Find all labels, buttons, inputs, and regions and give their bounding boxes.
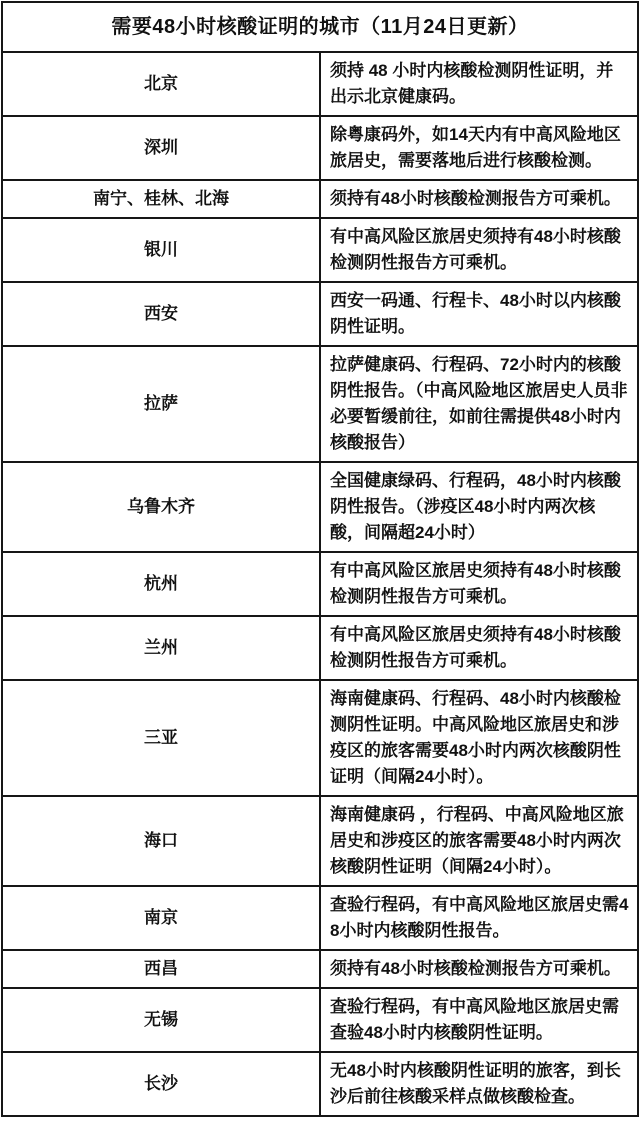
table-row: 西昌 须持有48小时核酸检测报告方可乘机。 [2, 950, 638, 988]
requirement-cell: 海南健康码、行程码、48小时内核酸检测阴性证明。中高风险地区旅居史和涉疫区的旅客… [320, 680, 638, 796]
table-row: 长沙 无48小时内核酸阴性证明的旅客，到长沙后前往核酸采样点做核酸检查。 [2, 1052, 638, 1116]
table-row: 北京 须持 48 小时内核酸检测阴性证明，并出示北京健康码。 [2, 52, 638, 116]
requirement-cell: 拉萨健康码、行程码、72小时内的核酸阴性报告。（中高风险地区旅居史人员非必要暂缓… [320, 346, 638, 462]
table-body: 北京 须持 48 小时内核酸检测阴性证明，并出示北京健康码。 深圳 除粤康码外，… [2, 52, 638, 1116]
requirement-cell: 须持有48小时核酸检测报告方可乘机。 [320, 180, 638, 218]
city-cell: 拉萨 [2, 346, 320, 462]
city-cell: 乌鲁木齐 [2, 462, 320, 552]
table-row: 银川 有中高风险区旅居史须持有48小时核酸检测阴性报告方可乘机。 [2, 218, 638, 282]
covid-requirement-table-container: 需要48小时核酸证明的城市（11月24日更新） 北京 须持 48 小时内核酸检测… [0, 0, 640, 1124]
requirement-cell: 全国健康绿码、行程码，48小时内核酸阴性报告。（涉疫区48小时内两次核酸，间隔超… [320, 462, 638, 552]
table-row: 三亚 海南健康码、行程码、48小时内核酸检测阴性证明。中高风险地区旅居史和涉疫区… [2, 680, 638, 796]
table-row: 南京 查验行程码，有中高风险地区旅居史需48小时内核酸阴性报告。 [2, 886, 638, 950]
table-row: 深圳 除粤康码外，如14天内有中高风险地区旅居史，需要落地后进行核酸检测。 [2, 116, 638, 180]
table-row: 杭州 有中高风险区旅居史须持有48小时核酸检测阴性报告方可乘机。 [2, 552, 638, 616]
table-row: 南宁、桂林、北海 须持有48小时核酸检测报告方可乘机。 [2, 180, 638, 218]
city-cell: 银川 [2, 218, 320, 282]
requirement-cell: 查验行程码，有中高风险地区旅居史需查验48小时内核酸阴性证明。 [320, 988, 638, 1052]
table-title: 需要48小时核酸证明的城市（11月24日更新） [2, 2, 638, 52]
requirement-cell: 海南健康码 ，行程码、中高风险地区旅居史和涉疫区的旅客需要48小时内两次核酸阴性… [320, 796, 638, 886]
requirement-cell: 须持 48 小时内核酸检测阴性证明，并出示北京健康码。 [320, 52, 638, 116]
covid-requirement-table: 需要48小时核酸证明的城市（11月24日更新） 北京 须持 48 小时内核酸检测… [1, 1, 639, 1117]
city-cell: 北京 [2, 52, 320, 116]
requirement-cell: 有中高风险区旅居史须持有48小时核酸检测阴性报告方可乘机。 [320, 616, 638, 680]
city-cell: 无锡 [2, 988, 320, 1052]
city-cell: 南宁、桂林、北海 [2, 180, 320, 218]
city-cell: 长沙 [2, 1052, 320, 1116]
city-cell: 深圳 [2, 116, 320, 180]
table-row: 无锡 查验行程码，有中高风险地区旅居史需查验48小时内核酸阴性证明。 [2, 988, 638, 1052]
city-cell: 西安 [2, 282, 320, 346]
table-row: 乌鲁木齐 全国健康绿码、行程码，48小时内核酸阴性报告。（涉疫区48小时内两次核… [2, 462, 638, 552]
table-header: 需要48小时核酸证明的城市（11月24日更新） [2, 2, 638, 52]
table-row: 海口 海南健康码 ，行程码、中高风险地区旅居史和涉疫区的旅客需要48小时内两次核… [2, 796, 638, 886]
table-row: 兰州 有中高风险区旅居史须持有48小时核酸检测阴性报告方可乘机。 [2, 616, 638, 680]
table-row: 西安 西安一码通、行程卡、48小时以内核酸阴性证明。 [2, 282, 638, 346]
requirement-cell: 有中高风险区旅居史须持有48小时核酸检测阴性报告方可乘机。 [320, 218, 638, 282]
city-cell: 西昌 [2, 950, 320, 988]
requirement-cell: 西安一码通、行程卡、48小时以内核酸阴性证明。 [320, 282, 638, 346]
table-row: 拉萨 拉萨健康码、行程码、72小时内的核酸阴性报告。（中高风险地区旅居史人员非必… [2, 346, 638, 462]
title-row: 需要48小时核酸证明的城市（11月24日更新） [2, 2, 638, 52]
requirement-cell: 须持有48小时核酸检测报告方可乘机。 [320, 950, 638, 988]
requirement-cell: 无48小时内核酸阴性证明的旅客，到长沙后前往核酸采样点做核酸检查。 [320, 1052, 638, 1116]
requirement-cell: 除粤康码外，如14天内有中高风险地区旅居史，需要落地后进行核酸检测。 [320, 116, 638, 180]
city-cell: 三亚 [2, 680, 320, 796]
city-cell: 兰州 [2, 616, 320, 680]
requirement-cell: 查验行程码，有中高风险地区旅居史需48小时内核酸阴性报告。 [320, 886, 638, 950]
city-cell: 南京 [2, 886, 320, 950]
city-cell: 杭州 [2, 552, 320, 616]
city-cell: 海口 [2, 796, 320, 886]
requirement-cell: 有中高风险区旅居史须持有48小时核酸检测阴性报告方可乘机。 [320, 552, 638, 616]
